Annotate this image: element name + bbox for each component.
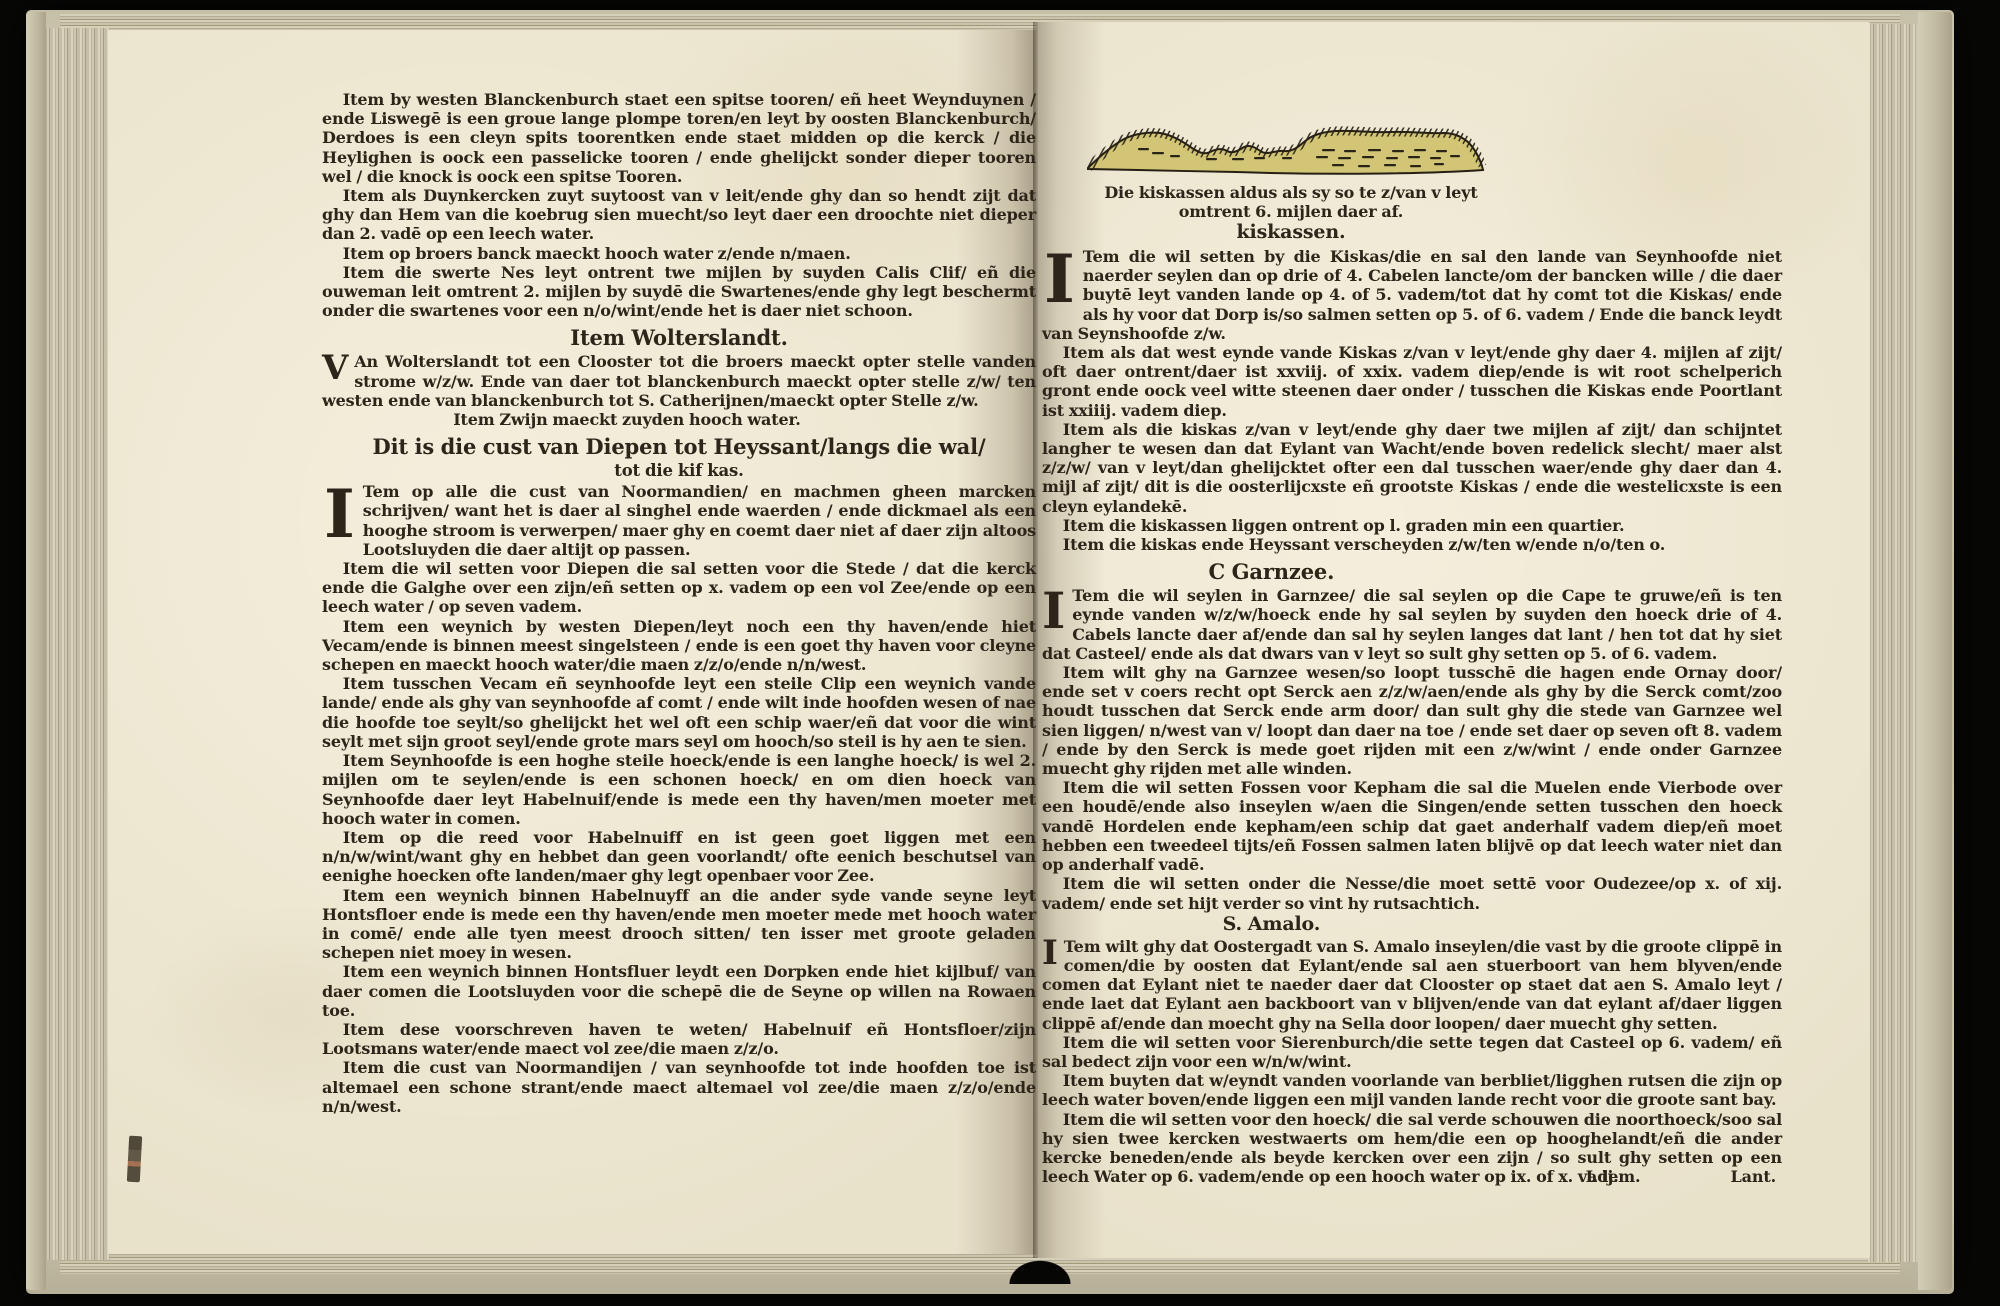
single-line-note: Item Zwijn maeckt zuyden hooch water. bbox=[322, 410, 1036, 429]
drop-cap-V: V bbox=[322, 352, 354, 384]
gutter-shadow bbox=[990, 1246, 1090, 1284]
paragraph: Item op die reed voor Habelnuiff en ist … bbox=[322, 828, 1036, 886]
cover-edge-right bbox=[1918, 12, 1952, 1290]
paragraph: Item die wil setten Fossen voor Kepham d… bbox=[1042, 778, 1782, 874]
photograph-of-open-book: { "colors": { "background": "#070706", "… bbox=[0, 0, 2000, 1306]
section-heading-garnzee: C Garnzee. bbox=[1042, 560, 1501, 584]
paragraph: Item tusschen Vecam eñ seynhoofde leyt e… bbox=[322, 674, 1036, 751]
paragraph: Item een weynich binnen Hontsfluer leydt… bbox=[322, 962, 1036, 1020]
section-heading-s-amalo: S. Amalo. bbox=[1042, 913, 1501, 935]
section-heading-wolterslandt: Item Wolterslandt. bbox=[322, 326, 1036, 350]
coast-profile-block: Die kiskassen aldus als sy so te z/van v… bbox=[1084, 124, 1498, 243]
paragraph-with-initial: ITem wilt ghy dat Oostergadt van S. Amal… bbox=[1042, 937, 1782, 1033]
paragraph: Item als Duynkercken zuyt suytoost van v… bbox=[322, 186, 1036, 244]
drop-cap-I: I bbox=[1042, 937, 1064, 969]
cover-edge-left bbox=[26, 12, 46, 1290]
paragraph: Item Seynhoofde is een hoghe steile hoec… bbox=[322, 751, 1036, 828]
paragraph-with-initial: ITem op alle die cust van Noormandien/ e… bbox=[322, 482, 1036, 559]
page-edges-left bbox=[44, 28, 110, 1260]
paragraph: Item als die kiskas z/van v leyt/ende gh… bbox=[1042, 420, 1782, 516]
paragraph: Item een weynich by westen Diepen/leyt n… bbox=[322, 617, 1036, 675]
woodcut-caption: Die kiskassen aldus als sy so te z/van v… bbox=[1084, 183, 1498, 221]
coast-profile-woodcut bbox=[1084, 124, 1498, 182]
paragraph-text: An Wolterslandt tot een Clooster tot die… bbox=[322, 352, 1036, 409]
drop-cap-I: I bbox=[322, 482, 363, 544]
drop-cap-I: I bbox=[1042, 247, 1083, 309]
section-subheading: tot die kif kas. bbox=[322, 461, 1036, 480]
quire-signature: L ij. bbox=[1586, 1167, 1619, 1186]
drop-cap-I: I bbox=[1042, 586, 1072, 633]
paragraph: Item die kiskassen liggen ontrent op l. … bbox=[1042, 516, 1782, 535]
page-edges-right bbox=[1868, 24, 1920, 1262]
paragraph: Item op broers banck maeckt hooch water … bbox=[322, 244, 1036, 263]
paragraph: Item die swerte Nes leyt ontrent twe mij… bbox=[322, 263, 1036, 321]
paragraph-text: Tem die wil setten by die Kiskas/die en … bbox=[1042, 247, 1782, 343]
fore-edge-ink-mark bbox=[127, 1136, 142, 1183]
section-heading-cust-van-diepen: Dit is die cust van Diepen tot Heyssant/… bbox=[322, 435, 1036, 459]
left-text-column: Item by westen Blanckenburch staet een s… bbox=[322, 90, 1036, 1116]
paragraph: Item dese voorschreven haven te weten/ H… bbox=[322, 1020, 1036, 1058]
paragraph: Item die wil setten voor Diepen die sal … bbox=[322, 559, 1036, 617]
paragraph-with-initial: ITem die wil seylen in Garnzee/ die sal … bbox=[1042, 586, 1782, 663]
right-text-column: Die kiskassen aldus als sy so te z/van v… bbox=[1042, 118, 1782, 1186]
paragraph-text: Tem wilt ghy dat Oostergadt van S. Amalo… bbox=[1042, 937, 1782, 1033]
paragraph: Item die wil setten voor Sierenburch/die… bbox=[1042, 1033, 1782, 1071]
paragraph: Item wilt ghy na Garnzee wesen/so loopt … bbox=[1042, 663, 1782, 778]
paragraph-text: Tem op alle die cust van Noormandien/ en… bbox=[363, 482, 1036, 559]
catchword: Lant. bbox=[1731, 1167, 1776, 1186]
paragraph: Item een weynich binnen Habelnuyff an di… bbox=[322, 886, 1036, 963]
paragraph: Item by westen Blanckenburch staet een s… bbox=[322, 90, 1036, 186]
paragraph: Item buyten dat w/eyndt vanden voorlande… bbox=[1042, 1071, 1782, 1109]
paragraph: Item die wil setten onder die Nesse/die … bbox=[1042, 874, 1782, 912]
paragraph-with-initial: ITem die wil setten by die Kiskas/die en… bbox=[1042, 247, 1782, 343]
paragraph-text: Tem die wil seylen in Garnzee/ die sal s… bbox=[1042, 586, 1782, 663]
paragraph: Item die cust van Noormandijen / van sey… bbox=[322, 1058, 1036, 1116]
section-heading-kiskassen: kiskassen. bbox=[1084, 222, 1498, 243]
paragraph: Item als dat west eynde vande Kiskas z/v… bbox=[1042, 343, 1782, 420]
paragraph: Item die kiskas ende Heyssant verscheyde… bbox=[1042, 535, 1782, 554]
paragraph-with-initial: VAn Wolterslandt tot een Clooster tot di… bbox=[322, 352, 1036, 410]
